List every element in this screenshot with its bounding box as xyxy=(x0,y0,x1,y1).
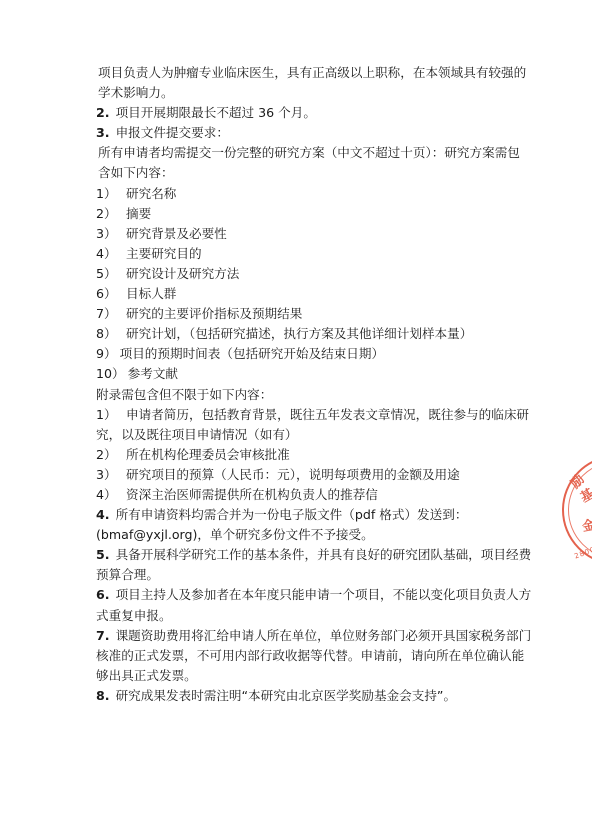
rule-item-7: 7. 课题资助费用将汇给申请人所在单位，单位财务部门必须开具国家税务部门 核准的… xyxy=(96,626,516,686)
list-item-continuation: 究，以及既往项目申请情况（如有） xyxy=(96,425,516,445)
list-item: 10）参考文献 xyxy=(96,364,516,384)
rule-item-5: 5. 具备开展科学研究工作的基本条件，并具有良好的研究团队基础，项目经费 预算合… xyxy=(96,545,516,585)
plan-contents-list: 1）研究名称 2）摘要 3）研究背景及必要性 4）主要研究目的 5）研究设计及研… xyxy=(96,184,516,385)
item-number: 6. xyxy=(96,587,110,602)
list-item: 6）目标人群 xyxy=(96,284,516,304)
red-seal-stamp: 励 基 金 2800 xyxy=(562,455,592,565)
document-body: 项目负责人为肿瘤专业临床医生，具有正高级以上职称，在本领域具有较强的 学术影响力… xyxy=(96,63,516,706)
list-item: 3）研究背景及必要性 xyxy=(96,224,516,244)
list-item: 2）摘要 xyxy=(96,204,516,224)
paragraph-line: 项目负责人为肿瘤专业临床医生，具有正高级以上职称，在本领域具有较强的 xyxy=(96,63,516,83)
item-number: 7. xyxy=(96,628,110,643)
list-item: 3）研究项目的预算（人民币：元），说明每项费用的金额及用途 xyxy=(96,465,516,485)
item-number: 8. xyxy=(96,688,110,703)
list-item: 4）主要研究目的 xyxy=(96,244,516,264)
rule-item-8: 8. 研究成果发表时需注明“本研究由北京医学奖励基金会支持”。 xyxy=(96,686,516,706)
list-item: 1）研究名称 xyxy=(96,184,516,204)
item-number: 2. xyxy=(96,105,110,120)
rule-item-6: 6. 项目主持人及参加者在本年度只能申请一个项目，不能以变化项目负责人方 式重复… xyxy=(96,585,516,625)
appendix-intro: 附录需包含但不限于如下内容： xyxy=(96,385,516,405)
item-number: 4. xyxy=(96,507,110,522)
list-item: 9）项目的预期时间表（包括研究开始及结束日期） xyxy=(96,344,516,364)
item-number: 5. xyxy=(96,547,110,562)
item-number: 3. xyxy=(96,125,110,140)
paragraph-line: 含如下内容： xyxy=(96,163,516,183)
list-item: 8）研究计划，（包括研究描述，执行方案及其他详细计划样本量） xyxy=(96,324,516,344)
rule-item-2: 2. 项目开展期限最长不超过 36 个月。 xyxy=(96,103,516,123)
paragraph-line: 所有申请者均需提交一份完整的研究方案（中文不超过十页）：研究方案需包 xyxy=(96,143,516,163)
list-item: 2）所在机构伦理委员会审核批准 xyxy=(96,445,516,465)
paragraph-line: 学术影响力。 xyxy=(96,83,516,103)
list-item: 1）申请者简历，包括教育背景，既往五年发表文章情况，既往参与的临床研 xyxy=(96,405,516,425)
appendix-list: 1）申请者简历，包括教育背景，既往五年发表文章情况，既往参与的临床研 究，以及既… xyxy=(96,405,516,505)
stamp-serial-number: 2800 xyxy=(573,546,592,561)
list-item: 4）资深主治医师需提供所在机构负责人的推荐信 xyxy=(96,485,516,505)
list-item: 7）研究的主要评价指标及预期结果 xyxy=(96,304,516,324)
rule-item-4: 4. 所有申请资料均需合并为一份电子版文件（pdf 格式）发送到： (bmaf@… xyxy=(96,505,516,545)
document-page: 项目负责人为肿瘤专业临床医生，具有正高级以上职称，在本领域具有较强的 学术影响力… xyxy=(0,0,592,837)
rule-item-3: 3. 申报文件提交要求： xyxy=(96,123,516,143)
email-text: (bmaf@yxjl.org)，单个研究多份文件不予接受。 xyxy=(96,525,516,545)
list-item: 5）研究设计及研究方法 xyxy=(96,264,516,284)
